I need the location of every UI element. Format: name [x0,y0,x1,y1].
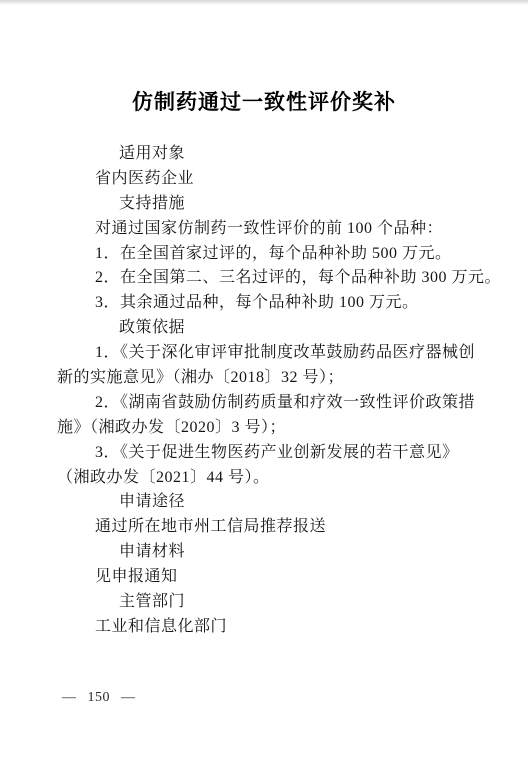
text-line: 通过所在地市州工信局推荐报送 [57,515,473,540]
text-line: 1．在全国首家过评的，每个品种补助 500 万元。 [57,242,473,267]
text-line: 对通过国家仿制药一致性评价的前 100 个品种： [57,217,473,242]
text-line: （湘政办发〔2021〕44 号）。 [57,466,473,491]
text-line: 申请途径 [57,490,473,515]
text-line: 施》（湘政办发〔2020〕3 号）； [57,416,473,441]
page-number: — 150 — [62,690,136,705]
text-line: 政策依据 [57,316,473,341]
text-line: 支持措施 [57,192,473,217]
text-line: 主管部门 [57,590,473,615]
page-footer: — 150 — [62,690,136,706]
text-line: 省内医药企业 [57,167,473,192]
document-page: 仿制药通过一致性评价奖补 适用对象省内医药企业支持措施对通过国家仿制药一致性评价… [0,0,528,767]
text-line: 新的实施意见》（湘办〔2018〕32 号）； [57,366,473,391]
text-line: 适用对象 [57,142,473,167]
text-line: 3．其余通过品种，每个品种补助 100 万元。 [57,291,473,316]
document-body: 适用对象省内医药企业支持措施对通过国家仿制药一致性评价的前 100 个品种：1．… [57,142,473,640]
text-line: 见申报通知 [57,565,473,590]
text-line: 申请材料 [57,540,473,565]
text-line: 1．《关于深化审评审批制度改革鼓励药品医疗器械创 [57,341,473,366]
text-line: 工业和信息化部门 [57,615,473,640]
page-title: 仿制药通过一致性评价奖补 [0,86,528,116]
text-line: 2．《湖南省鼓励仿制药质量和疗效一致性评价政策措 [57,391,473,416]
text-line: 3．《关于促进生物医药产业创新发展的若干意见》 [57,441,473,466]
text-line: 2．在全国第二、三名过评的，每个品种补助 300 万元。 [57,266,473,291]
